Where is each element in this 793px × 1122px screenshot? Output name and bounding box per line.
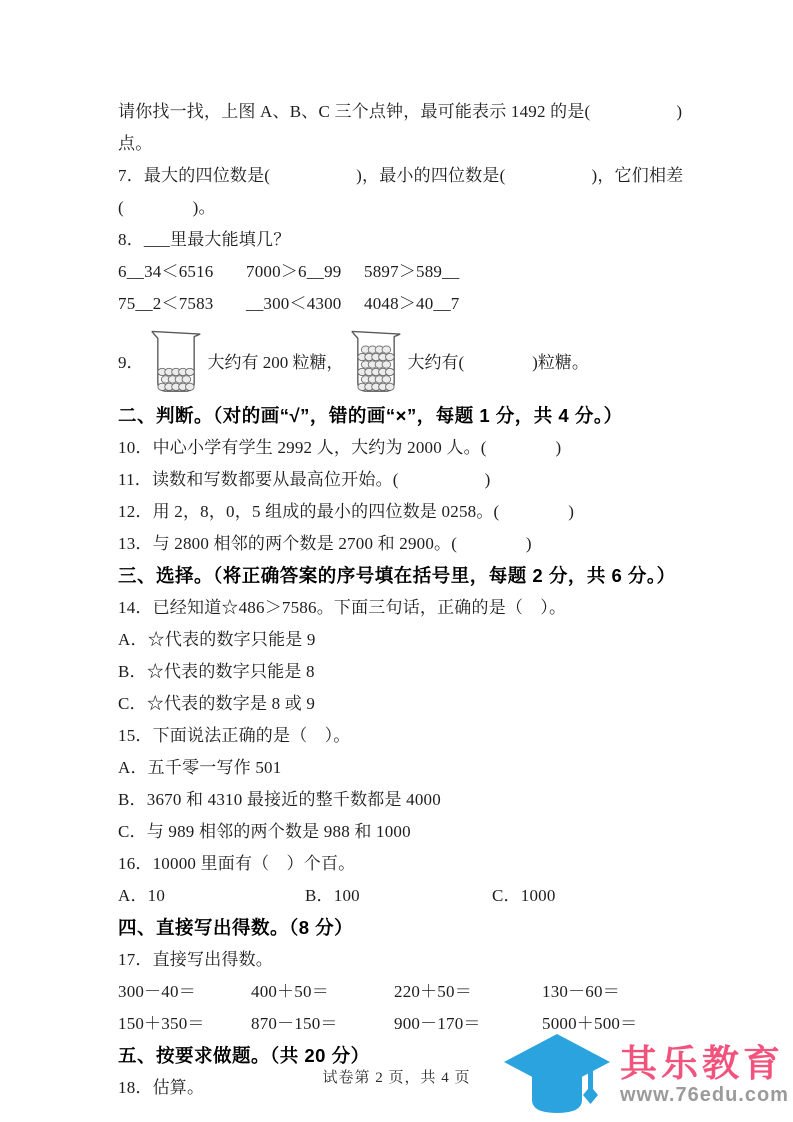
- beaker-few-candies-icon: [144, 321, 208, 399]
- question-15-prompt: 15．下面说法正确的是（ ）。: [118, 720, 689, 752]
- arithmetic-item: 220＋50＝: [394, 976, 542, 1008]
- inequality-blank: 7000＞6__99: [246, 256, 364, 288]
- brand-name: 其乐教育: [620, 1044, 789, 1084]
- question-17-prompt: 17．直接写出得数。: [118, 944, 689, 976]
- question-10: 10．中心小学有学生 2992 人，大约为 2000 人。( ): [118, 432, 689, 464]
- inequality-blank: __300＜4300: [246, 288, 364, 320]
- inequality-blank: 4048＞40__7: [364, 288, 460, 320]
- question-9: 9． 大约有 200 粒糖， 大约有( )粒糖。: [118, 320, 689, 400]
- section-2-title: 二、判断。（对的画“√”，错的画“×”，每题 1 分，共 4 分。）: [118, 400, 689, 432]
- question-8-prompt: 8．___里最大能填几？: [118, 224, 689, 256]
- brand-website: www.76edu.com: [620, 1084, 789, 1106]
- question-16-prompt: 16．10000 里面有（ ）个百。: [118, 848, 689, 880]
- question-15-option-c: C．与 989 相邻的两个数是 988 和 1000: [118, 816, 689, 848]
- arithmetic-item: 130－60＝: [542, 976, 620, 1008]
- candy-pile-large: [357, 346, 393, 390]
- arithmetic-item: 150＋350＝: [118, 1008, 251, 1040]
- section-3-title: 三、选择。（将正确答案的序号填在括号里，每题 2 分，共 6 分。）: [118, 560, 689, 592]
- brand-text-block: 其乐教育 www.76edu.com: [620, 1044, 789, 1106]
- inequality-blank: 6__34＜6516: [118, 256, 246, 288]
- arithmetic-item: 870－150＝: [251, 1008, 394, 1040]
- question-7: 7．最大的四位数是( )，最小的四位数是( )，它们相差( )。: [118, 160, 689, 224]
- beaker-many-candies-icon: [344, 321, 408, 399]
- question-16-option-b: B．100: [305, 880, 492, 912]
- question-13: 13．与 2800 相邻的两个数是 2700 和 2900。( ): [118, 528, 689, 560]
- question-14-option-a: A．☆代表的数字只能是 9: [118, 624, 689, 656]
- question-15-option-b: B．3670 和 4310 最接近的整千数都是 4000: [118, 784, 689, 816]
- candy-pile-small: [157, 368, 193, 390]
- arithmetic-item: 300－40＝: [118, 976, 251, 1008]
- question-14-prompt: 14．已经知道☆486＞7586。下面三句话，正确的是（ ）。: [118, 592, 689, 624]
- question-intro-clock: 请你找一找，上图 A、B、C 三个点钟，最可能表示 1492 的是( )点。: [118, 96, 689, 160]
- question-16-option-a: A．10: [118, 880, 305, 912]
- inequality-blank: 75__2＜7583: [118, 288, 246, 320]
- question-12: 12．用 2，8，0，5 组成的最小的四位数是 0258。( ): [118, 496, 689, 528]
- question-17-row1: 300－40＝ 400＋50＝ 220＋50＝ 130－60＝: [118, 976, 689, 1008]
- graduation-cap-icon: [502, 1032, 614, 1118]
- exam-paper-page: 请你找一找，上图 A、B、C 三个点钟，最可能表示 1492 的是( )点。 7…: [0, 0, 793, 1122]
- arithmetic-item: 400＋50＝: [251, 976, 394, 1008]
- question-8-row2: 75__2＜7583 __300＜4300 4048＞40__7: [118, 288, 689, 320]
- question-9-text1: 大约有 200 粒糖，: [208, 348, 344, 373]
- question-15-option-a: A．五千零一写作 501: [118, 752, 689, 784]
- question-14-option-b: B．☆代表的数字只能是 8: [118, 656, 689, 688]
- question-16-options: A．10 B．100 C．1000: [118, 880, 689, 912]
- question-8-row1: 6__34＜6516 7000＞6__99 5897＞589__: [118, 256, 689, 288]
- question-16-option-c: C．1000: [492, 880, 556, 912]
- exam-content: 请你找一找，上图 A、B、C 三个点钟，最可能表示 1492 的是( )点。 7…: [118, 96, 689, 1104]
- brand-watermark: 其乐教育 www.76edu.com: [502, 1032, 789, 1118]
- question-11: 11．读数和写数都要从最高位开始。( ): [118, 464, 689, 496]
- question-14-option-c: C．☆代表的数字是 8 或 9: [118, 688, 689, 720]
- question-9-number: 9．: [118, 348, 144, 373]
- question-9-text2: 大约有( )粒糖。: [408, 348, 589, 373]
- section-4-title: 四、直接写出得数。（8 分）: [118, 912, 689, 944]
- inequality-blank: 5897＞589__: [364, 256, 460, 288]
